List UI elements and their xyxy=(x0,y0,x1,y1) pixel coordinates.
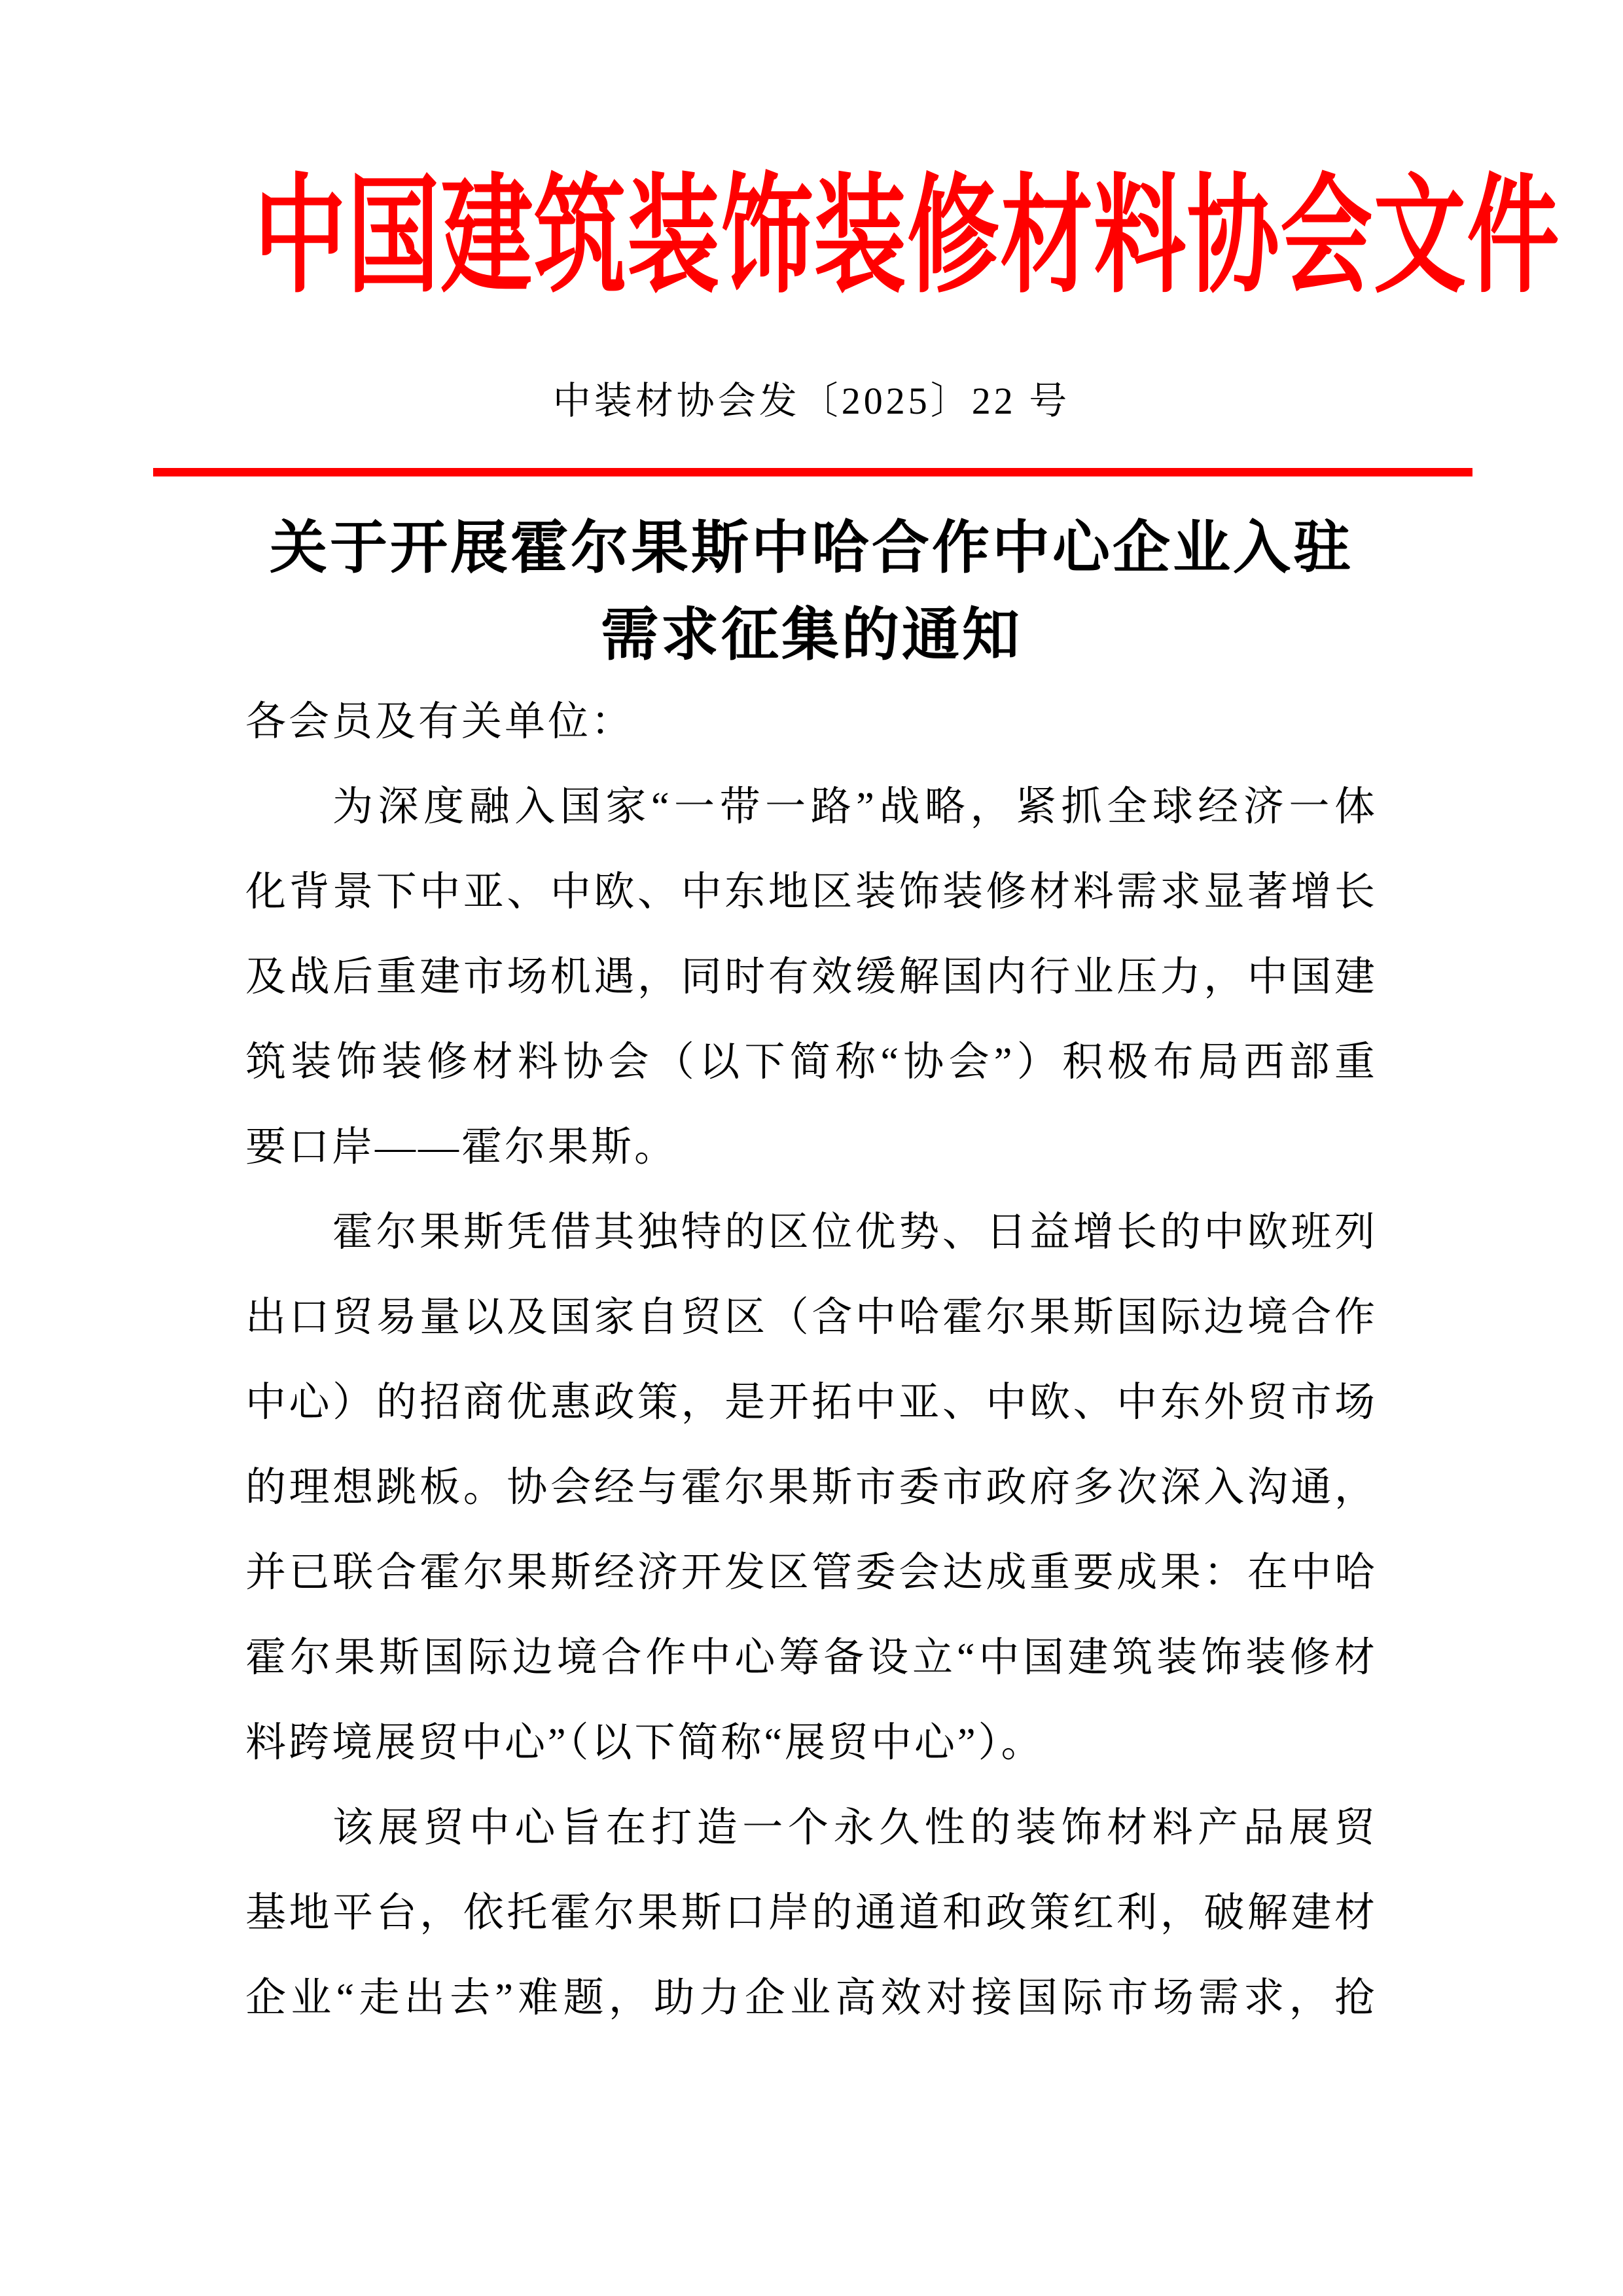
para3-line3: 企业“走出去”难题，助力企业高效对接国际市场需求，抢 xyxy=(245,1956,1378,2041)
document-title-line-1: 关于开展霍尔果斯中哈合作中心企业入驻 xyxy=(0,505,1623,592)
salutation: 各会员及有关单位： xyxy=(245,679,1378,764)
para1-line2: 化背景下中亚、中欧、中东地区装饰装修材料需求显著增长 xyxy=(245,850,1378,935)
para1-line3: 及战后重建市场机遇，同时有效缓解国内行业压力，中国建 xyxy=(245,935,1378,1020)
document-body: 各会员及有关单位： 为深度融入国家“一带一路”战略，紧抓全球经济一体 化背景下中… xyxy=(245,679,1378,2041)
para2-line5: 并已联合霍尔果斯经济开发区管委会达成重要成果：在中哈 xyxy=(245,1530,1378,1615)
para1-line5: 要口岸——霍尔果斯。 xyxy=(245,1105,1378,1190)
para1-line4: 筑装饰装修材料协会（以下简称“协会”）积极布局西部重 xyxy=(245,1020,1378,1105)
para1-line1: 为深度融入国家“一带一路”战略，紧抓全球经济一体 xyxy=(245,764,1378,850)
red-divider-line xyxy=(153,468,1472,476)
document-page: 中国建筑装饰装修材料协会文件 中装材协会发〔2025〕22 号 关于开展霍尔果斯… xyxy=(0,0,1623,2296)
document-number: 中装材协会发〔2025〕22 号 xyxy=(0,372,1623,431)
para2-line6: 霍尔果斯国际边境合作中心筹备设立“中国建筑装饰装修材 xyxy=(245,1615,1378,1700)
document-title: 关于开展霍尔果斯中哈合作中心企业入驻 需求征集的通知 xyxy=(0,505,1623,679)
para2-line4: 的理想跳板。协会经与霍尔果斯市委市政府多次深入沟通， xyxy=(245,1445,1378,1530)
para2-line2: 出口贸易量以及国家自贸区（含中哈霍尔果斯国际边境合作 xyxy=(245,1275,1378,1360)
association-banner-text: 中国建筑装饰装修材料协会文件 xyxy=(254,162,1560,313)
para2-line7: 料跨境展贸中心”（以下简称“展贸中心”）。 xyxy=(245,1700,1378,1785)
association-banner: 中国建筑装饰装修材料协会文件 xyxy=(0,162,1623,353)
para3-line1: 该展贸中心旨在打造一个永久性的装饰材料产品展贸 xyxy=(245,1785,1378,1871)
para2-line1: 霍尔果斯凭借其独特的区位优势、日益增长的中欧班列 xyxy=(245,1190,1378,1275)
para2-line3: 中心）的招商优惠政策，是开拓中亚、中欧、中东外贸市场 xyxy=(245,1360,1378,1445)
para3-line2: 基地平台，依托霍尔果斯口岸的通道和政策红利，破解建材 xyxy=(245,1871,1378,1956)
document-title-line-2: 需求征集的通知 xyxy=(0,592,1623,679)
